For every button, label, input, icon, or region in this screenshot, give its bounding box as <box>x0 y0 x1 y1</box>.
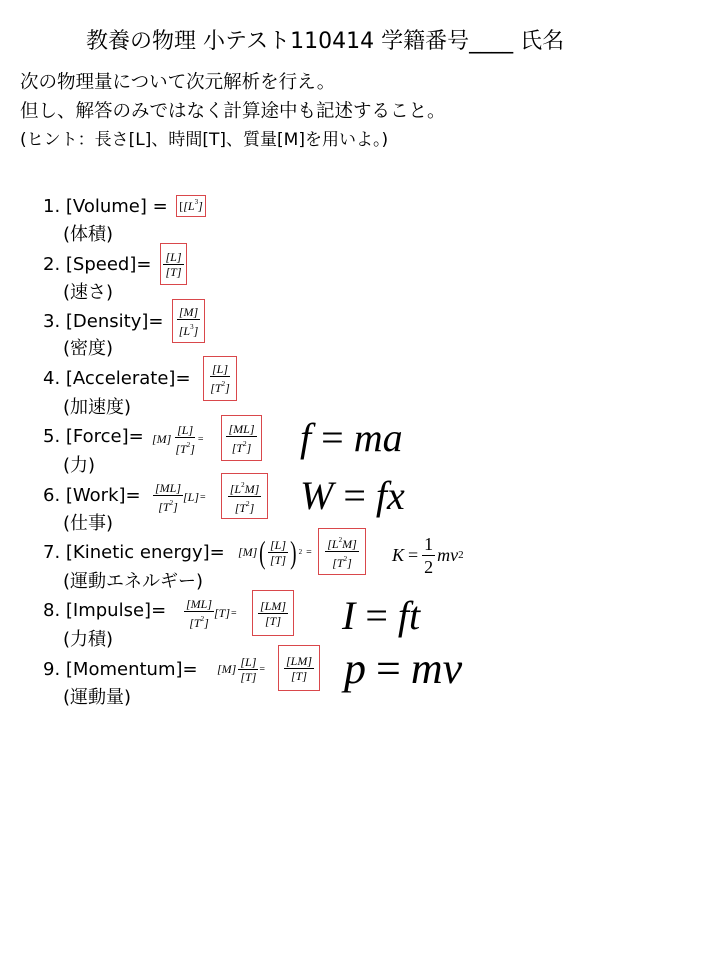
instruction-line-1: 次の物理量について次元解析を行え。 <box>20 68 446 97</box>
answer-box-kinetic-energy: [L2M] [T2] <box>318 528 366 575</box>
question-impulse-label: 8. [Impulse]= <box>43 600 166 622</box>
question-speed-jp: (速さ) <box>63 282 113 304</box>
work-momentum: [M] [L] [T] = <box>217 647 266 691</box>
formula-kinetic-energy: K = 1 2 mv2 <box>392 530 464 580</box>
question-accelerate-label: 4. [Accelerate]= <box>43 368 191 390</box>
answer-work: [L2M] [T2] <box>228 478 262 515</box>
question-impulse-jp: (力積) <box>63 629 113 651</box>
work-force: [M] [L] [T2] = <box>152 417 205 461</box>
formula-work: W=fx <box>300 472 405 519</box>
right-paren: ) <box>290 536 296 568</box>
work-kinetic-energy: [M] ( [L] [T] ) 2 = <box>238 527 313 577</box>
question-force-jp: (力) <box>63 455 95 477</box>
answer-box-volume: [[L3] <box>176 195 206 217</box>
answer-box-momentum: [LM] [T] <box>278 645 320 691</box>
question-momentum-jp: (運動量) <box>63 687 131 709</box>
answer-speed: [L] [T] <box>163 250 183 279</box>
question-force-label: 5. [Force]= <box>43 426 144 448</box>
answer-box-density: [M] [L3] <box>172 299 205 343</box>
question-volume-jp: (体積) <box>63 224 113 246</box>
formula-momentum: p=mv <box>344 643 462 694</box>
instructions: 次の物理量について次元解析を行え。 但し、解答のみではなく計算途中も記述すること… <box>20 68 446 155</box>
work-work: [ML] [T2] [L] = <box>153 474 207 520</box>
answer-density: [M] [L3] <box>177 305 201 338</box>
page-title: 教養の物理 小テスト110414 学籍番号____ 氏名 <box>86 24 564 55</box>
instruction-line-2: 但し、解答のみではなく計算途中も記述すること。 <box>20 97 446 126</box>
answer-force: [ML] [T2] <box>226 422 256 455</box>
answer-accelerate: [L] [T2] <box>208 362 232 395</box>
answer-box-accelerate: [L] [T2] <box>203 356 237 401</box>
question-work-jp: (仕事) <box>63 513 113 535</box>
question-speed-label: 2. [Speed]= <box>43 254 151 276</box>
answer-volume: [[L3] <box>179 198 203 214</box>
answer-impulse: [LM] [T] <box>258 599 288 628</box>
question-density-jp: (密度) <box>63 338 113 360</box>
question-momentum-label: 9. [Momentum]= <box>43 659 198 681</box>
answer-kinetic-energy: [L2M] [T2] <box>325 533 359 570</box>
answer-box-impulse: [LM] [T] <box>252 590 294 636</box>
formula-impulse: I=ft <box>342 592 420 639</box>
answer-momentum: [LM] [T] <box>284 654 314 683</box>
instruction-hint: (ヒント：長さ[L]、時間[T]、質量[M]を用いよ。) <box>20 126 446 155</box>
question-accelerate-jp: (加速度) <box>63 397 131 419</box>
question-volume-label: 1. [Volume] = <box>43 196 168 218</box>
left-paren: ( <box>259 536 265 568</box>
question-kinetic-energy-jp: (運動エネルギー) <box>63 571 203 593</box>
answer-box-speed: [L] [T] <box>160 243 187 285</box>
answer-box-force: [ML] [T2] <box>221 415 262 461</box>
work-impulse: [ML] [T2] [T] = <box>184 590 238 636</box>
answer-box-work: [L2M] [T2] <box>221 473 268 519</box>
question-density-label: 3. [Density]= <box>43 311 163 333</box>
formula-force: f=ma <box>300 414 403 461</box>
question-work-label: 6. [Work]= <box>43 485 141 507</box>
question-kinetic-energy-label: 7. [Kinetic energy]= <box>43 542 225 564</box>
